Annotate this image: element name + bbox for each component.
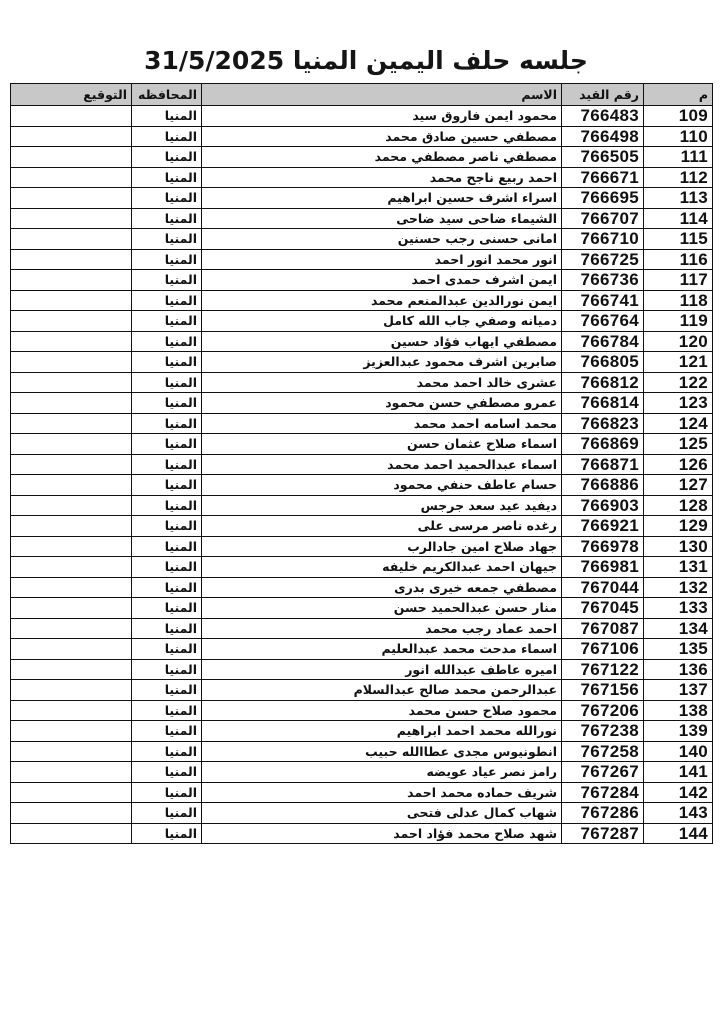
registration-number-cell: 766903 [562, 495, 644, 516]
registration-number-cell: 766869 [562, 434, 644, 455]
serial-cell: 109 [644, 106, 713, 127]
signature-cell [11, 536, 132, 557]
signature-cell [11, 372, 132, 393]
name-cell: شهاب كمال عدلى فتحى [202, 803, 562, 824]
table-row: 129766921رغده ناصر مرسى علىالمنيا [11, 516, 713, 537]
governorate-cell: المنيا [132, 249, 202, 270]
registration-number-cell: 766498 [562, 126, 644, 147]
signature-cell [11, 823, 132, 844]
table-row: 112766671احمد ربيع ناجح محمدالمنيا [11, 167, 713, 188]
table-row: 143767286شهاب كمال عدلى فتحىالمنيا [11, 803, 713, 824]
governorate-cell: المنيا [132, 536, 202, 557]
governorate-cell: المنيا [132, 516, 202, 537]
serial-cell: 139 [644, 721, 713, 742]
registration-number-cell: 766695 [562, 188, 644, 209]
signature-cell [11, 475, 132, 496]
name-cell: ايمن اشرف حمدى احمد [202, 270, 562, 291]
table-row: 137767156عبدالرحمن محمد صالح عبدالسلامال… [11, 680, 713, 701]
registration-number-cell: 767156 [562, 680, 644, 701]
governorate-cell: المنيا [132, 147, 202, 168]
name-cell: شريف حماده محمد احمد [202, 782, 562, 803]
serial-cell: 133 [644, 598, 713, 619]
signature-cell [11, 454, 132, 475]
registration-number-cell: 767206 [562, 700, 644, 721]
governorate-cell: المنيا [132, 393, 202, 414]
table-row: 141767267رامز نصر عياد عويضهالمنيا [11, 762, 713, 783]
serial-cell: 121 [644, 352, 713, 373]
signature-cell [11, 249, 132, 270]
serial-cell: 110 [644, 126, 713, 147]
serial-cell: 144 [644, 823, 713, 844]
governorate-cell: المنيا [132, 352, 202, 373]
serial-cell: 119 [644, 311, 713, 332]
serial-cell: 114 [644, 208, 713, 229]
governorate-cell: المنيا [132, 741, 202, 762]
signature-cell [11, 331, 132, 352]
serial-cell: 136 [644, 659, 713, 680]
governorate-cell: المنيا [132, 782, 202, 803]
name-cell: دميانه وصفي جاب الله كامل [202, 311, 562, 332]
serial-cell: 118 [644, 290, 713, 311]
serial-cell: 125 [644, 434, 713, 455]
registration-number-cell: 767284 [562, 782, 644, 803]
name-cell: صابرين اشرف محمود عبدالعزيز [202, 352, 562, 373]
name-cell: نورالله محمد احمد ابراهيم [202, 721, 562, 742]
name-cell: عمرو مصطفي حسن محمود [202, 393, 562, 414]
serial-cell: 131 [644, 557, 713, 578]
registration-number-cell: 767286 [562, 803, 644, 824]
table-header-row: م رقم القيد الاسم المحافظه التوقيع [11, 84, 713, 106]
table-row: 116766725انور محمد انور احمدالمنيا [11, 249, 713, 270]
name-cell: جهاد صلاح امين جادالرب [202, 536, 562, 557]
governorate-cell: المنيا [132, 475, 202, 496]
signature-cell [11, 598, 132, 619]
table-row: 131766981جيهان احمد عبدالكريم خليفهالمني… [11, 557, 713, 578]
table-row: 133767045منار حسن عبدالحميد حسنالمنيا [11, 598, 713, 619]
registration-number-cell: 766871 [562, 454, 644, 475]
governorate-cell: المنيا [132, 372, 202, 393]
serial-cell: 138 [644, 700, 713, 721]
governorate-cell: المنيا [132, 680, 202, 701]
serial-cell: 126 [644, 454, 713, 475]
governorate-cell: المنيا [132, 721, 202, 742]
governorate-cell: المنيا [132, 106, 202, 127]
table-row: 123766814عمرو مصطفي حسن محمودالمنيا [11, 393, 713, 414]
governorate-cell: المنيا [132, 659, 202, 680]
registration-number-cell: 766671 [562, 167, 644, 188]
name-cell: اميره عاطف عبدالله انور [202, 659, 562, 680]
header-governorate: المحافظه [132, 84, 202, 106]
serial-cell: 120 [644, 331, 713, 352]
registration-number-cell: 767087 [562, 618, 644, 639]
name-cell: رغده ناصر مرسى على [202, 516, 562, 537]
governorate-cell: المنيا [132, 126, 202, 147]
name-cell: محمد اسامه احمد محمد [202, 413, 562, 434]
table-row: 132767044مصطفي جمعه خيرى بدرىالمنيا [11, 577, 713, 598]
table-row: 130766978جهاد صلاح امين جادالربالمنيا [11, 536, 713, 557]
name-cell: شهد صلاح محمد فؤاد احمد [202, 823, 562, 844]
registration-number-cell: 767044 [562, 577, 644, 598]
name-cell: حسام عاطف حنفي محمود [202, 475, 562, 496]
signature-cell [11, 188, 132, 209]
registration-number-cell: 767106 [562, 639, 644, 660]
table-row: 117766736ايمن اشرف حمدى احمدالمنيا [11, 270, 713, 291]
signature-cell [11, 577, 132, 598]
serial-cell: 132 [644, 577, 713, 598]
table-row: 140767258انطونيوس مجدى عطاالله حبيبالمني… [11, 741, 713, 762]
signature-cell [11, 311, 132, 332]
registration-number-cell: 766812 [562, 372, 644, 393]
serial-cell: 143 [644, 803, 713, 824]
signature-cell [11, 557, 132, 578]
signature-cell [11, 680, 132, 701]
governorate-cell: المنيا [132, 598, 202, 619]
name-cell: انور محمد انور احمد [202, 249, 562, 270]
header-serial: م [644, 84, 713, 106]
name-cell: جيهان احمد عبدالكريم خليفه [202, 557, 562, 578]
serial-cell: 122 [644, 372, 713, 393]
governorate-cell: المنيا [132, 823, 202, 844]
name-cell: مصطفي جمعه خيرى بدرى [202, 577, 562, 598]
serial-cell: 111 [644, 147, 713, 168]
table-row: 128766903ديفيد عيد سعد جرجسالمنيا [11, 495, 713, 516]
registration-number-cell: 766505 [562, 147, 644, 168]
table-row: 135767106اسماء مدحت محمد عبدالعليمالمنيا [11, 639, 713, 660]
governorate-cell: المنيا [132, 188, 202, 209]
registration-number-cell: 766736 [562, 270, 644, 291]
table-row: 142767284شريف حماده محمد احمدالمنيا [11, 782, 713, 803]
governorate-cell: المنيا [132, 270, 202, 291]
table-row: 114766707الشيماء ضاحى سيد ضاحىالمنيا [11, 208, 713, 229]
registration-number-cell: 767267 [562, 762, 644, 783]
registration-number-cell: 767045 [562, 598, 644, 619]
name-cell: اسماء صلاح عثمان حسن [202, 434, 562, 455]
table-row: 118766741ايمن نورالدين عبدالمنعم محمدالم… [11, 290, 713, 311]
name-cell: عشرى خالد احمد محمد [202, 372, 562, 393]
name-cell: محمود ايمن فاروق سيد [202, 106, 562, 127]
name-cell: اسماء مدحت محمد عبدالعليم [202, 639, 562, 660]
name-cell: اسراء اشرف حسين ابراهيم [202, 188, 562, 209]
name-cell: ديفيد عيد سعد جرجس [202, 495, 562, 516]
table-row: 125766869اسماء صلاح عثمان حسنالمنيا [11, 434, 713, 455]
signature-cell [11, 352, 132, 373]
registration-number-cell: 766710 [562, 229, 644, 250]
serial-cell: 112 [644, 167, 713, 188]
registration-number-cell: 766764 [562, 311, 644, 332]
name-cell: رامز نصر عياد عويضه [202, 762, 562, 783]
serial-cell: 127 [644, 475, 713, 496]
signature-cell [11, 516, 132, 537]
serial-cell: 134 [644, 618, 713, 639]
governorate-cell: المنيا [132, 557, 202, 578]
registration-number-cell: 766814 [562, 393, 644, 414]
serial-cell: 135 [644, 639, 713, 660]
table-row: 127766886حسام عاطف حنفي محمودالمنيا [11, 475, 713, 496]
registration-number-cell: 766886 [562, 475, 644, 496]
signature-cell [11, 434, 132, 455]
signature-cell [11, 126, 132, 147]
table-row: 119766764دميانه وصفي جاب الله كاملالمنيا [11, 311, 713, 332]
registration-number-cell: 767238 [562, 721, 644, 742]
registration-number-cell: 766784 [562, 331, 644, 352]
serial-cell: 113 [644, 188, 713, 209]
name-cell: مصطفي ناصر مصطفي محمد [202, 147, 562, 168]
registration-number-cell: 766981 [562, 557, 644, 578]
signature-cell [11, 413, 132, 434]
table-row: 139767238نورالله محمد احمد ابراهيمالمنيا [11, 721, 713, 742]
signature-cell [11, 762, 132, 783]
table-row: 115766710امانى حسنى رجب حسنينالمنيا [11, 229, 713, 250]
table-row: 121766805صابرين اشرف محمود عبدالعزيزالمن… [11, 352, 713, 373]
name-cell: امانى حسنى رجب حسنين [202, 229, 562, 250]
table-row: 134767087احمد عماد رجب محمدالمنيا [11, 618, 713, 639]
name-cell: محمود صلاح حسن محمد [202, 700, 562, 721]
signature-cell [11, 741, 132, 762]
registration-number-cell: 767287 [562, 823, 644, 844]
governorate-cell: المنيا [132, 454, 202, 475]
name-cell: الشيماء ضاحى سيد ضاحى [202, 208, 562, 229]
name-cell: ايمن نورالدين عبدالمنعم محمد [202, 290, 562, 311]
signature-cell [11, 639, 132, 660]
table-row: 113766695اسراء اشرف حسين ابراهيمالمنيا [11, 188, 713, 209]
header-registration-number: رقم القيد [562, 84, 644, 106]
signature-cell [11, 659, 132, 680]
governorate-cell: المنيا [132, 618, 202, 639]
governorate-cell: المنيا [132, 434, 202, 455]
governorate-cell: المنيا [132, 803, 202, 824]
table-row: 144767287شهد صلاح محمد فؤاد احمدالمنيا [11, 823, 713, 844]
registration-number-cell: 767258 [562, 741, 644, 762]
serial-cell: 116 [644, 249, 713, 270]
serial-cell: 137 [644, 680, 713, 701]
registration-number-cell: 766921 [562, 516, 644, 537]
table-row: 126766871اسماء عبدالحميد احمد محمدالمنيا [11, 454, 713, 475]
signature-cell [11, 106, 132, 127]
governorate-cell: المنيا [132, 290, 202, 311]
name-cell: مصطفي حسين صادق محمد [202, 126, 562, 147]
serial-cell: 141 [644, 762, 713, 783]
name-cell: اسماء عبدالحميد احمد محمد [202, 454, 562, 475]
governorate-cell: المنيا [132, 331, 202, 352]
governorate-cell: المنيا [132, 577, 202, 598]
registration-number-cell: 766483 [562, 106, 644, 127]
serial-cell: 124 [644, 413, 713, 434]
table-row: 124766823محمد اسامه احمد محمدالمنيا [11, 413, 713, 434]
signature-cell [11, 147, 132, 168]
signature-cell [11, 167, 132, 188]
serial-cell: 140 [644, 741, 713, 762]
governorate-cell: المنيا [132, 167, 202, 188]
header-signature: التوقيع [11, 84, 132, 106]
signature-cell [11, 208, 132, 229]
signature-cell [11, 393, 132, 414]
header-name: الاسم [202, 84, 562, 106]
signature-cell [11, 229, 132, 250]
registration-number-cell: 766741 [562, 290, 644, 311]
signature-cell [11, 495, 132, 516]
name-cell: مصطفي ايهاب فؤاد حسين [202, 331, 562, 352]
registration-number-cell: 766978 [562, 536, 644, 557]
signature-cell [11, 721, 132, 742]
governorate-cell: المنيا [132, 762, 202, 783]
table-row: 110766498مصطفي حسين صادق محمدالمنيا [11, 126, 713, 147]
serial-cell: 115 [644, 229, 713, 250]
table-row: 136767122اميره عاطف عبدالله انورالمنيا [11, 659, 713, 680]
governorate-cell: المنيا [132, 413, 202, 434]
signature-cell [11, 270, 132, 291]
signature-cell [11, 700, 132, 721]
governorate-cell: المنيا [132, 311, 202, 332]
serial-cell: 129 [644, 516, 713, 537]
table-row: 122766812عشرى خالد احمد محمدالمنيا [11, 372, 713, 393]
name-cell: عبدالرحمن محمد صالح عبدالسلام [202, 680, 562, 701]
signature-cell [11, 782, 132, 803]
serial-cell: 117 [644, 270, 713, 291]
governorate-cell: المنيا [132, 639, 202, 660]
registration-number-cell: 766707 [562, 208, 644, 229]
serial-cell: 130 [644, 536, 713, 557]
signature-cell [11, 290, 132, 311]
registration-number-cell: 767122 [562, 659, 644, 680]
serial-cell: 128 [644, 495, 713, 516]
document-title: جلسه حلف اليمين المنيا 31/5/2025 [0, 44, 720, 78]
name-cell: احمد ربيع ناجح محمد [202, 167, 562, 188]
registration-number-cell: 766805 [562, 352, 644, 373]
governorate-cell: المنيا [132, 229, 202, 250]
attendance-table: م رقم القيد الاسم المحافظه التوقيع 10976… [10, 83, 713, 844]
registration-number-cell: 766725 [562, 249, 644, 270]
signature-cell [11, 618, 132, 639]
serial-cell: 123 [644, 393, 713, 414]
table-row: 138767206محمود صلاح حسن محمدالمنيا [11, 700, 713, 721]
name-cell: منار حسن عبدالحميد حسن [202, 598, 562, 619]
governorate-cell: المنيا [132, 208, 202, 229]
table-row: 111766505مصطفي ناصر مصطفي محمدالمنيا [11, 147, 713, 168]
table-row: 120766784مصطفي ايهاب فؤاد حسينالمنيا [11, 331, 713, 352]
governorate-cell: المنيا [132, 495, 202, 516]
name-cell: احمد عماد رجب محمد [202, 618, 562, 639]
signature-cell [11, 803, 132, 824]
governorate-cell: المنيا [132, 700, 202, 721]
name-cell: انطونيوس مجدى عطاالله حبيب [202, 741, 562, 762]
registration-number-cell: 766823 [562, 413, 644, 434]
table-row: 109766483محمود ايمن فاروق سيدالمنيا [11, 106, 713, 127]
serial-cell: 142 [644, 782, 713, 803]
